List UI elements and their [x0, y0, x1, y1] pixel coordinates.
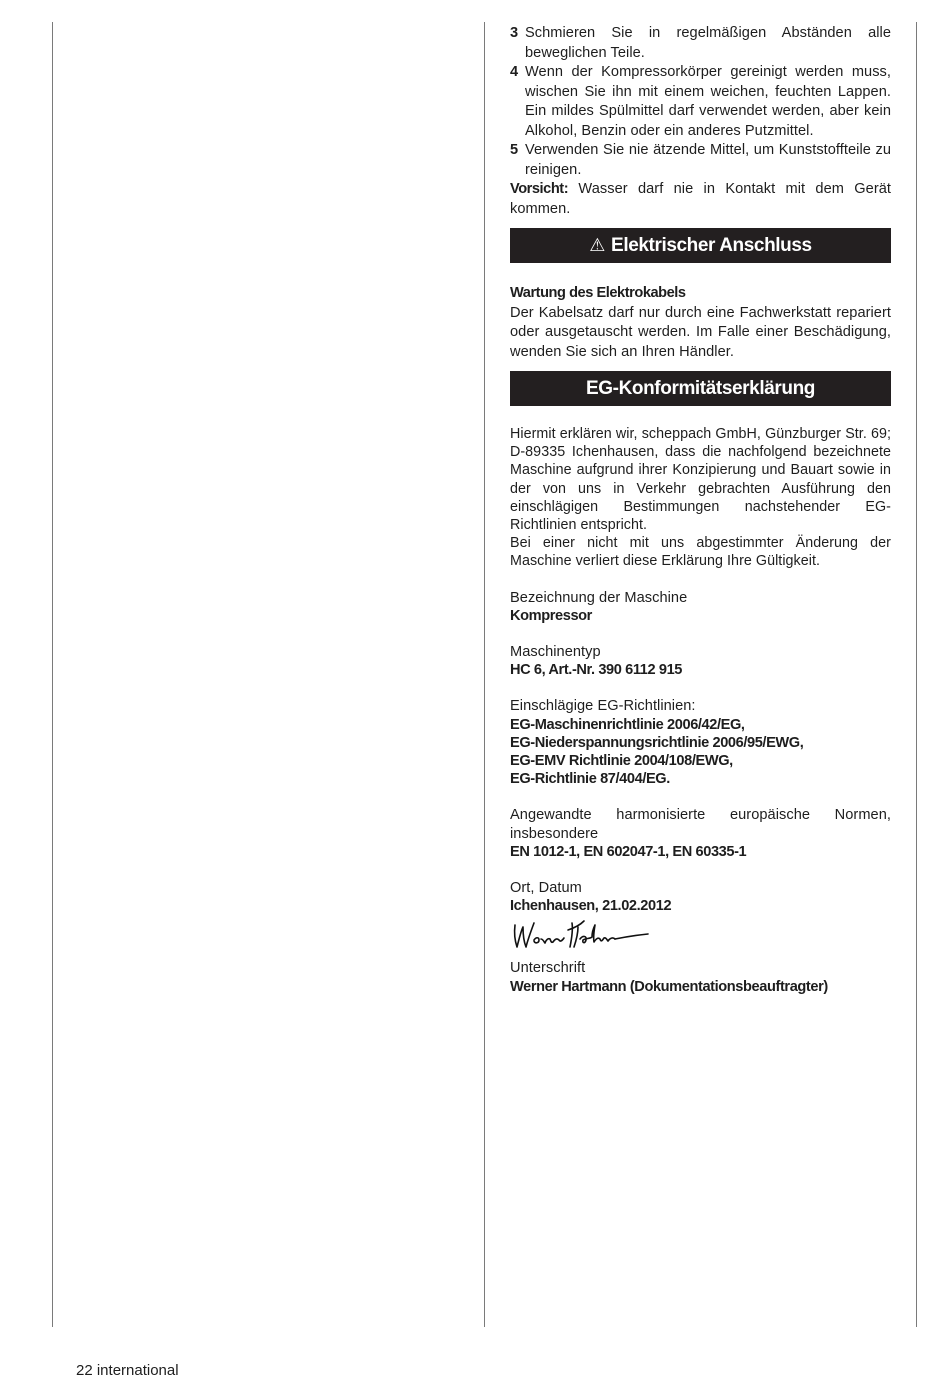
machine-type-block: Maschinentyp HC 6, Art.-Nr. 390 6112 915	[510, 643, 891, 679]
norms-label-word: harmonisierte	[616, 806, 705, 824]
section-header-conformity: EG-Konformitätserklärung	[510, 371, 891, 406]
right-margin-rule	[916, 22, 917, 1327]
subheading-cable-maintenance: Wartung des Elektrokabels	[510, 284, 891, 304]
norms-value: EN 1012-1, EN 602047-1, EN 60335-1	[510, 843, 891, 861]
machine-name-block: Bezeichnung der Maschine Kompressor	[510, 589, 891, 625]
cable-maintenance-text: Der Kabelsatz darf nur durch eine Fachwe…	[510, 304, 891, 363]
place-date-label: Ort, Datum	[510, 879, 891, 897]
section-header-electrical: ⚠Elektrischer Anschluss	[510, 228, 891, 263]
directives-block: Einschlägige EG-Richtlinien: EG-Maschine…	[510, 697, 891, 788]
step-number: 3	[510, 24, 518, 44]
place-date-value: Ichenhausen, 21.02.2012	[510, 897, 891, 915]
caution-text: Wasser darf nie in Kontakt mit dem Gerät…	[510, 181, 891, 217]
machine-type-label: Maschinentyp	[510, 643, 891, 661]
directive-item: EG-Niederspannungsrichtlinie 2006/95/EWG…	[510, 734, 891, 752]
list-item: 3 Schmieren Sie in regelmäßigen Abstände…	[510, 24, 891, 63]
machine-type-value: HC 6, Art.-Nr. 390 6112 915	[510, 661, 891, 679]
norms-label-continued: insbesondere	[510, 825, 891, 843]
directive-item: EG-Richtlinie 87/404/EG.	[510, 770, 891, 788]
caution-label: Vorsicht:	[510, 181, 568, 197]
norms-label: Angewandte harmonisierte europäische Nor…	[510, 806, 891, 824]
signature-image	[510, 915, 891, 955]
conformity-intro: Hiermit erklären wir, scheppach GmbH, Gü…	[510, 425, 891, 534]
conformity-notice: Bei einer nicht mit uns abgestimmter Änd…	[510, 534, 891, 570]
step-text: Schmieren Sie in regelmäßigen Abständen …	[525, 25, 891, 61]
signature-block: Unterschrift Werner Hartmann (Dokumentat…	[510, 959, 891, 995]
directives-label: Einschlägige EG-Richtlinien:	[510, 697, 891, 715]
maintenance-steps-list: 3 Schmieren Sie in regelmäßigen Abstände…	[510, 24, 891, 180]
handwritten-signature-icon	[510, 915, 660, 955]
left-margin-rule	[52, 22, 53, 1327]
machine-name-value: Kompressor	[510, 607, 891, 625]
right-column: 3 Schmieren Sie in regelmäßigen Abstände…	[510, 24, 891, 996]
signature-label: Unterschrift	[510, 959, 891, 977]
section-title: Elektrischer Anschluss	[611, 235, 812, 256]
warning-triangle-icon: ⚠	[589, 228, 605, 263]
section-title: EG-Konformitätserklärung	[586, 378, 815, 399]
directive-item: EG-Maschinenrichtlinie 2006/42/EG,	[510, 716, 891, 734]
list-item: 5 Verwenden Sie nie ätzende Mittel, um K…	[510, 141, 891, 180]
signatory-name: Werner Hartmann (Dokumentationsbeauftrag…	[510, 978, 891, 996]
place-date-block: Ort, Datum Ichenhausen, 21.02.2012	[510, 879, 891, 915]
directive-item: EG-EMV Richtlinie 2004/108/EWG,	[510, 752, 891, 770]
column-divider-rule	[484, 22, 485, 1327]
step-text: Wenn der Kompressorkörper gereinigt werd…	[525, 64, 891, 139]
step-text: Verwenden Sie nie ätzende Mittel, um Kun…	[525, 142, 891, 178]
step-number: 5	[510, 141, 518, 161]
norms-label-word: Angewandte	[510, 806, 592, 824]
norms-block: Angewandte harmonisierte europäische Nor…	[510, 806, 891, 861]
step-number: 4	[510, 63, 518, 83]
machine-name-label: Bezeichnung der Maschine	[510, 589, 891, 607]
caution-note: Vorsicht: Wasser darf nie in Kontakt mit…	[510, 180, 891, 219]
norms-label-word: europäische	[730, 806, 810, 824]
page-footer: 22 international	[76, 1362, 179, 1379]
list-item: 4 Wenn der Kompressorkörper gereinigt we…	[510, 63, 891, 141]
norms-label-word: Normen,	[835, 806, 891, 824]
